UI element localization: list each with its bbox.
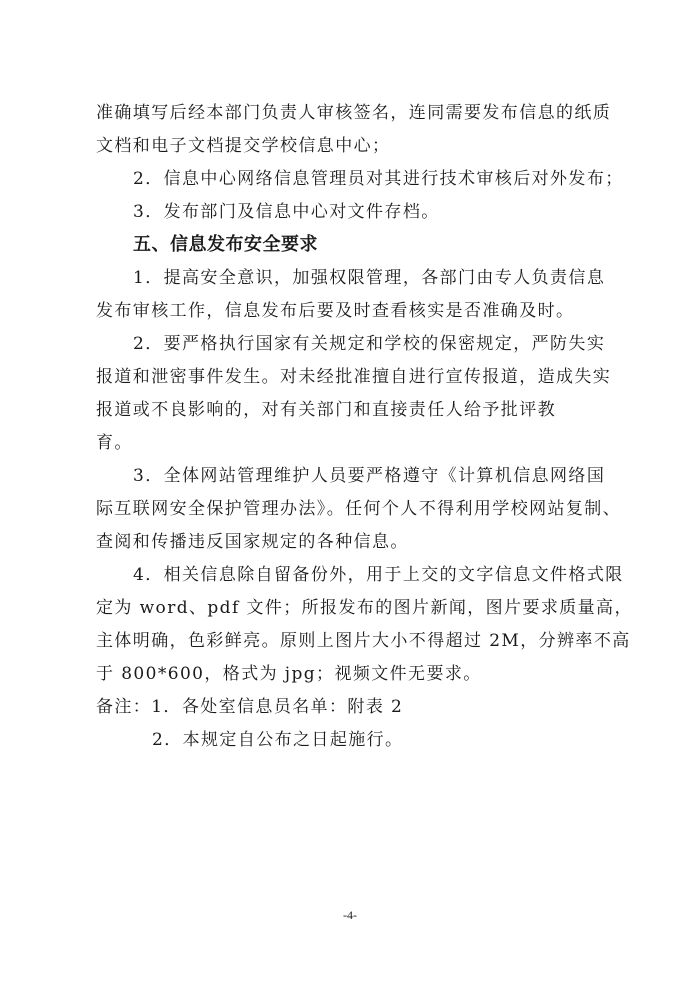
paragraph-line: 文档和电子文档提交学校信息中心；: [96, 136, 390, 156]
requirement-3-line: 查阅和传播违反国家规定的各种信息。: [96, 532, 409, 552]
list-item-3: 3．发布部门及信息中心对文件存档。: [133, 202, 440, 222]
requirement-4-line: 于 800*600，格式为 jpg；视频文件无要求。: [96, 664, 482, 684]
document-page: 准确填写后经本部门负责人审核签名，连同需要发布信息的纸质 文档和电子文档提交学校…: [0, 0, 700, 990]
requirement-4-line: 4．相关信息除自留备份外，用于上交的文字信息文件格式限: [133, 565, 624, 585]
requirement-4-line: 定为 word、pdf 文件；所报发布的图片新闻，图片要求质量高，: [96, 598, 633, 618]
requirement-1-line: 发布审核工作，信息发布后要及时查看核实是否准确及时。: [96, 301, 574, 321]
requirement-3-line: 际互联网安全保护管理办法》。任何个人不得利用学校网站复制、: [96, 499, 621, 519]
requirement-1-line: 1．提高安全意识，加强权限管理，各部门由专人负责信息: [133, 268, 605, 288]
section-heading: 五、信息发布安全要求: [133, 235, 318, 255]
list-item-2: 2．信息中心网络信息管理员对其进行技术审核后对外发布；: [133, 169, 624, 189]
page-number: -4-: [0, 908, 700, 923]
note-line-1: 备注：1．各处室信息员名单：附表 2: [96, 697, 403, 717]
requirement-2-line: 报道或不良影响的，对有关部门和直接责任人给予批评教: [96, 400, 556, 420]
note-line-2: 2．本规定自公布之日起施行。: [152, 730, 403, 750]
requirement-2-line: 报道和泄密事件发生。对未经批准擅自进行宣传报道，造成失实: [96, 367, 611, 387]
requirement-2-line: 育。: [96, 433, 133, 453]
requirement-4-line: 主体明确，色彩鲜亮。原则上图片大小不得超过 2M，分辨率不高: [96, 631, 631, 651]
requirement-2-line: 2．要严格执行国家有关规定和学校的保密规定，严防失实: [133, 334, 605, 354]
requirement-3-line: 3．全体网站管理维护人员要严格遵守《计算机信息网络国: [133, 466, 605, 486]
paragraph-line: 准确填写后经本部门负责人审核签名，连同需要发布信息的纸质: [96, 103, 611, 123]
